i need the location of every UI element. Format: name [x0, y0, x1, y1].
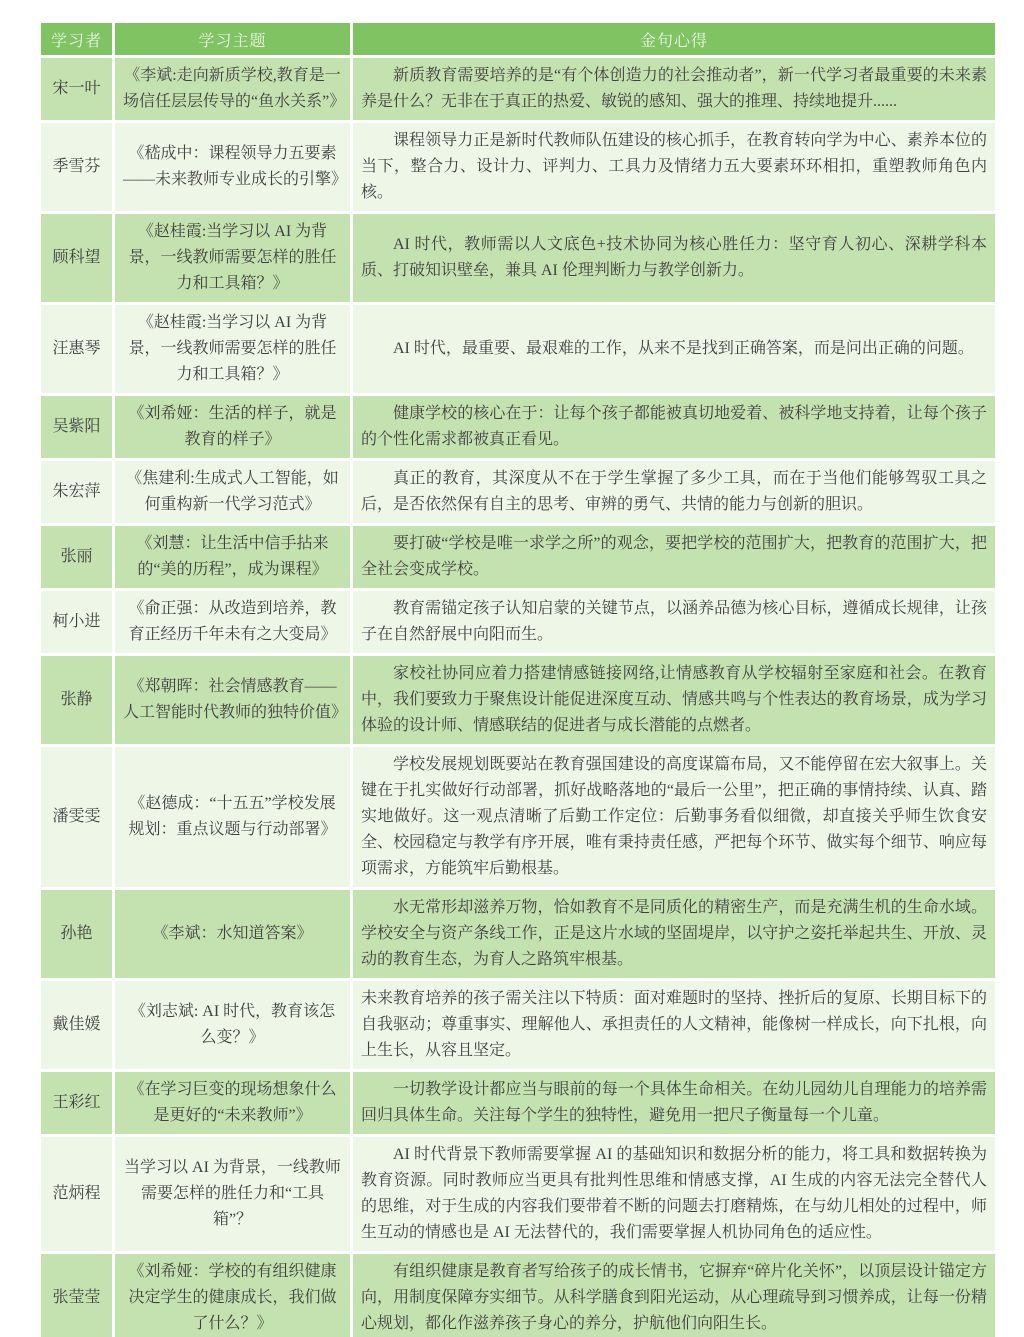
- learning-topic: 《刘慧：让生活中信手拈来的“美的历程”，成为课程》: [114, 525, 352, 590]
- table-row: 戴佳媛 《刘志斌: AI 时代，教育该怎么变？》 未来教育培养的孩子需关注以下特…: [40, 980, 997, 1071]
- learner-name: 吴紫阳: [40, 395, 114, 460]
- table-row: 范炳程 当学习以 AI 为背景，一线教师需要怎样的胜任力和“工具箱”？ AI 时…: [40, 1136, 997, 1253]
- document-page: 学习者 学习主题 金句心得 宋一叶 《李斌:走向新质学校,教育是一场信任层层传导…: [0, 0, 1024, 1337]
- learning-topic: 《刘希娅：生活的样子，就是教育的样子》: [114, 395, 352, 460]
- header-quote: 金句心得: [352, 22, 997, 57]
- learner-name: 范炳程: [40, 1136, 114, 1253]
- learning-topic: 《嵇成中：课程领导力五要素——未来教师专业成长的引擎》: [114, 122, 352, 213]
- learner-name: 孙艳: [40, 889, 114, 980]
- quote-insight: 健康学校的核心在于：让每个孩子都能被真切地爱着、被科学地支持着，让每个孩子的个性…: [352, 395, 997, 460]
- learner-name: 张丽: [40, 525, 114, 590]
- learning-topic: 《俞正强：从改造到培养，教育正经历千年未有之大变局》: [114, 590, 352, 655]
- learning-topic: 《李斌:走向新质学校,教育是一场信任层层传导的“鱼水关系”》: [114, 57, 352, 122]
- table-row: 季雪芬 《嵇成中：课程领导力五要素——未来教师专业成长的引擎》 课程领导力正是新…: [40, 122, 997, 213]
- learning-topic: 《焦建利:生成式人工智能，如何重构新一代学习范式》: [114, 460, 352, 525]
- table-row: 张静 《郑朝晖：社会情感教育——人工智能时代教师的独特价值》 家校社协同应着力搭…: [40, 655, 997, 746]
- learner-name: 季雪芬: [40, 122, 114, 213]
- quote-insight: 课程领导力正是新时代教师队伍建设的核心抓手，在教育转向学为中心、素养本位的当下，…: [352, 122, 997, 213]
- learner-name: 顾科望: [40, 213, 114, 304]
- quote-insight: 家校社协同应着力搭建情感链接网络,让情感教育从学校辐射至家庭和社会。在教育中，我…: [352, 655, 997, 746]
- learning-topic: 《李斌：水知道答案》: [114, 889, 352, 980]
- quote-insight: 水无常形却滋养万物，恰如教育不是同质化的精密生产，而是充满生机的生命水域。学校安…: [352, 889, 997, 980]
- learning-topic: 《赵德成：“十五五”学校发展规划：重点议题与行动部署》: [114, 746, 352, 889]
- learner-name: 戴佳媛: [40, 980, 114, 1071]
- learning-topic: 《刘希娅：学校的有组织健康决定学生的健康成长，我们做了什么？》: [114, 1253, 352, 1337]
- table-row: 顾科望 《赵桂霞:当学习以 AI 为背景，一线教师需要怎样的胜任力和工具箱？》 …: [40, 213, 997, 304]
- learning-topic: 《赵桂霞:当学习以 AI 为背景，一线教师需要怎样的胜任力和工具箱？》: [114, 304, 352, 395]
- table-row: 孙艳 《李斌：水知道答案》 水无常形却滋养万物，恰如教育不是同质化的精密生产，而…: [40, 889, 997, 980]
- quote-insight: 要打破“学校是唯一求学之所”的观念，要把学校的范围扩大，把教育的范围扩大，把全社…: [352, 525, 997, 590]
- table-row: 张莹莹 《刘希娅：学校的有组织健康决定学生的健康成长，我们做了什么？》 有组织健…: [40, 1253, 997, 1337]
- learning-topic: 当学习以 AI 为背景，一线教师需要怎样的胜任力和“工具箱”？: [114, 1136, 352, 1253]
- learning-topic: 《刘志斌: AI 时代，教育该怎么变？》: [114, 980, 352, 1071]
- learner-name: 潘雯雯: [40, 746, 114, 889]
- table-row: 柯小进 《俞正强：从改造到培养，教育正经历千年未有之大变局》 教育需锚定孩子认知…: [40, 590, 997, 655]
- learner-name: 张莹莹: [40, 1253, 114, 1337]
- table-row: 吴紫阳 《刘希娅：生活的样子，就是教育的样子》 健康学校的核心在于：让每个孩子都…: [40, 395, 997, 460]
- table-header-row: 学习者 学习主题 金句心得: [40, 22, 997, 57]
- header-topic: 学习主题: [114, 22, 352, 57]
- learner-name: 宋一叶: [40, 57, 114, 122]
- quote-insight: 一切教学设计都应当与眼前的每一个具体生命相关。在幼儿园幼儿自理能力的培养需回归具…: [352, 1071, 997, 1136]
- quote-insight: 教育需锚定孩子认知启蒙的关键节点，以涵养品德为核心目标，遵循成长规律，让孩子在自…: [352, 590, 997, 655]
- learner-name: 汪惠琴: [40, 304, 114, 395]
- header-learner: 学习者: [40, 22, 114, 57]
- table-row: 宋一叶 《李斌:走向新质学校,教育是一场信任层层传导的“鱼水关系”》 新质教育需…: [40, 57, 997, 122]
- table-row: 朱宏萍 《焦建利:生成式人工智能，如何重构新一代学习范式》 真正的教育，其深度从…: [40, 460, 997, 525]
- table-row: 王彩红 《在学习巨变的现场想象什么是更好的“未来教师”》 一切教学设计都应当与眼…: [40, 1071, 997, 1136]
- quote-insight: 学校发展规划既要站在教育强国建设的高度谋篇布局，又不能停留在宏大叙事上。关键在于…: [352, 746, 997, 889]
- learning-topic: 《郑朝晖：社会情感教育——人工智能时代教师的独特价值》: [114, 655, 352, 746]
- table-body: 宋一叶 《李斌:走向新质学校,教育是一场信任层层传导的“鱼水关系”》 新质教育需…: [40, 57, 997, 1337]
- learner-name: 朱宏萍: [40, 460, 114, 525]
- quote-insight: 未来教育培养的孩子需关注以下特质：面对难题时的坚持、挫折后的复原、长期目标下的自…: [352, 980, 997, 1071]
- table-row: 汪惠琴 《赵桂霞:当学习以 AI 为背景，一线教师需要怎样的胜任力和工具箱？》 …: [40, 304, 997, 395]
- quote-insight: 有组织健康是教育者写给孩子的成长情书，它摒弃“碎片化关怀”，以顶层设计锚定方向，…: [352, 1253, 997, 1337]
- quote-insight: AI 时代背景下教师需要掌握 AI 的基础知识和数据分析的能力，将工具和数据转换…: [352, 1136, 997, 1253]
- learning-topic: 《在学习巨变的现场想象什么是更好的“未来教师”》: [114, 1071, 352, 1136]
- learner-name: 王彩红: [40, 1071, 114, 1136]
- quote-insight: 真正的教育，其深度从不在于学生掌握了多少工具，而在于当他们能够驾驭工具之后，是否…: [352, 460, 997, 525]
- quote-insight: AI 时代，教师需以人文底色+技术协同为核心胜任力：坚守育人初心、深耕学科本质、…: [352, 213, 997, 304]
- quote-insight: 新质教育需要培养的是“有个体创造力的社会推动者”，新一代学习者最重要的未来素养是…: [352, 57, 997, 122]
- learner-name: 柯小进: [40, 590, 114, 655]
- table-row: 潘雯雯 《赵德成：“十五五”学校发展规划：重点议题与行动部署》 学校发展规划既要…: [40, 746, 997, 889]
- learning-notes-table: 学习者 学习主题 金句心得 宋一叶 《李斌:走向新质学校,教育是一场信任层层传导…: [38, 20, 998, 1337]
- learner-name: 张静: [40, 655, 114, 746]
- learning-topic: 《赵桂霞:当学习以 AI 为背景，一线教师需要怎样的胜任力和工具箱？》: [114, 213, 352, 304]
- table-row: 张丽 《刘慧：让生活中信手拈来的“美的历程”，成为课程》 要打破“学校是唯一求学…: [40, 525, 997, 590]
- quote-insight: AI 时代，最重要、最艰难的工作，从来不是找到正确答案，而是问出正确的问题。: [352, 304, 997, 395]
